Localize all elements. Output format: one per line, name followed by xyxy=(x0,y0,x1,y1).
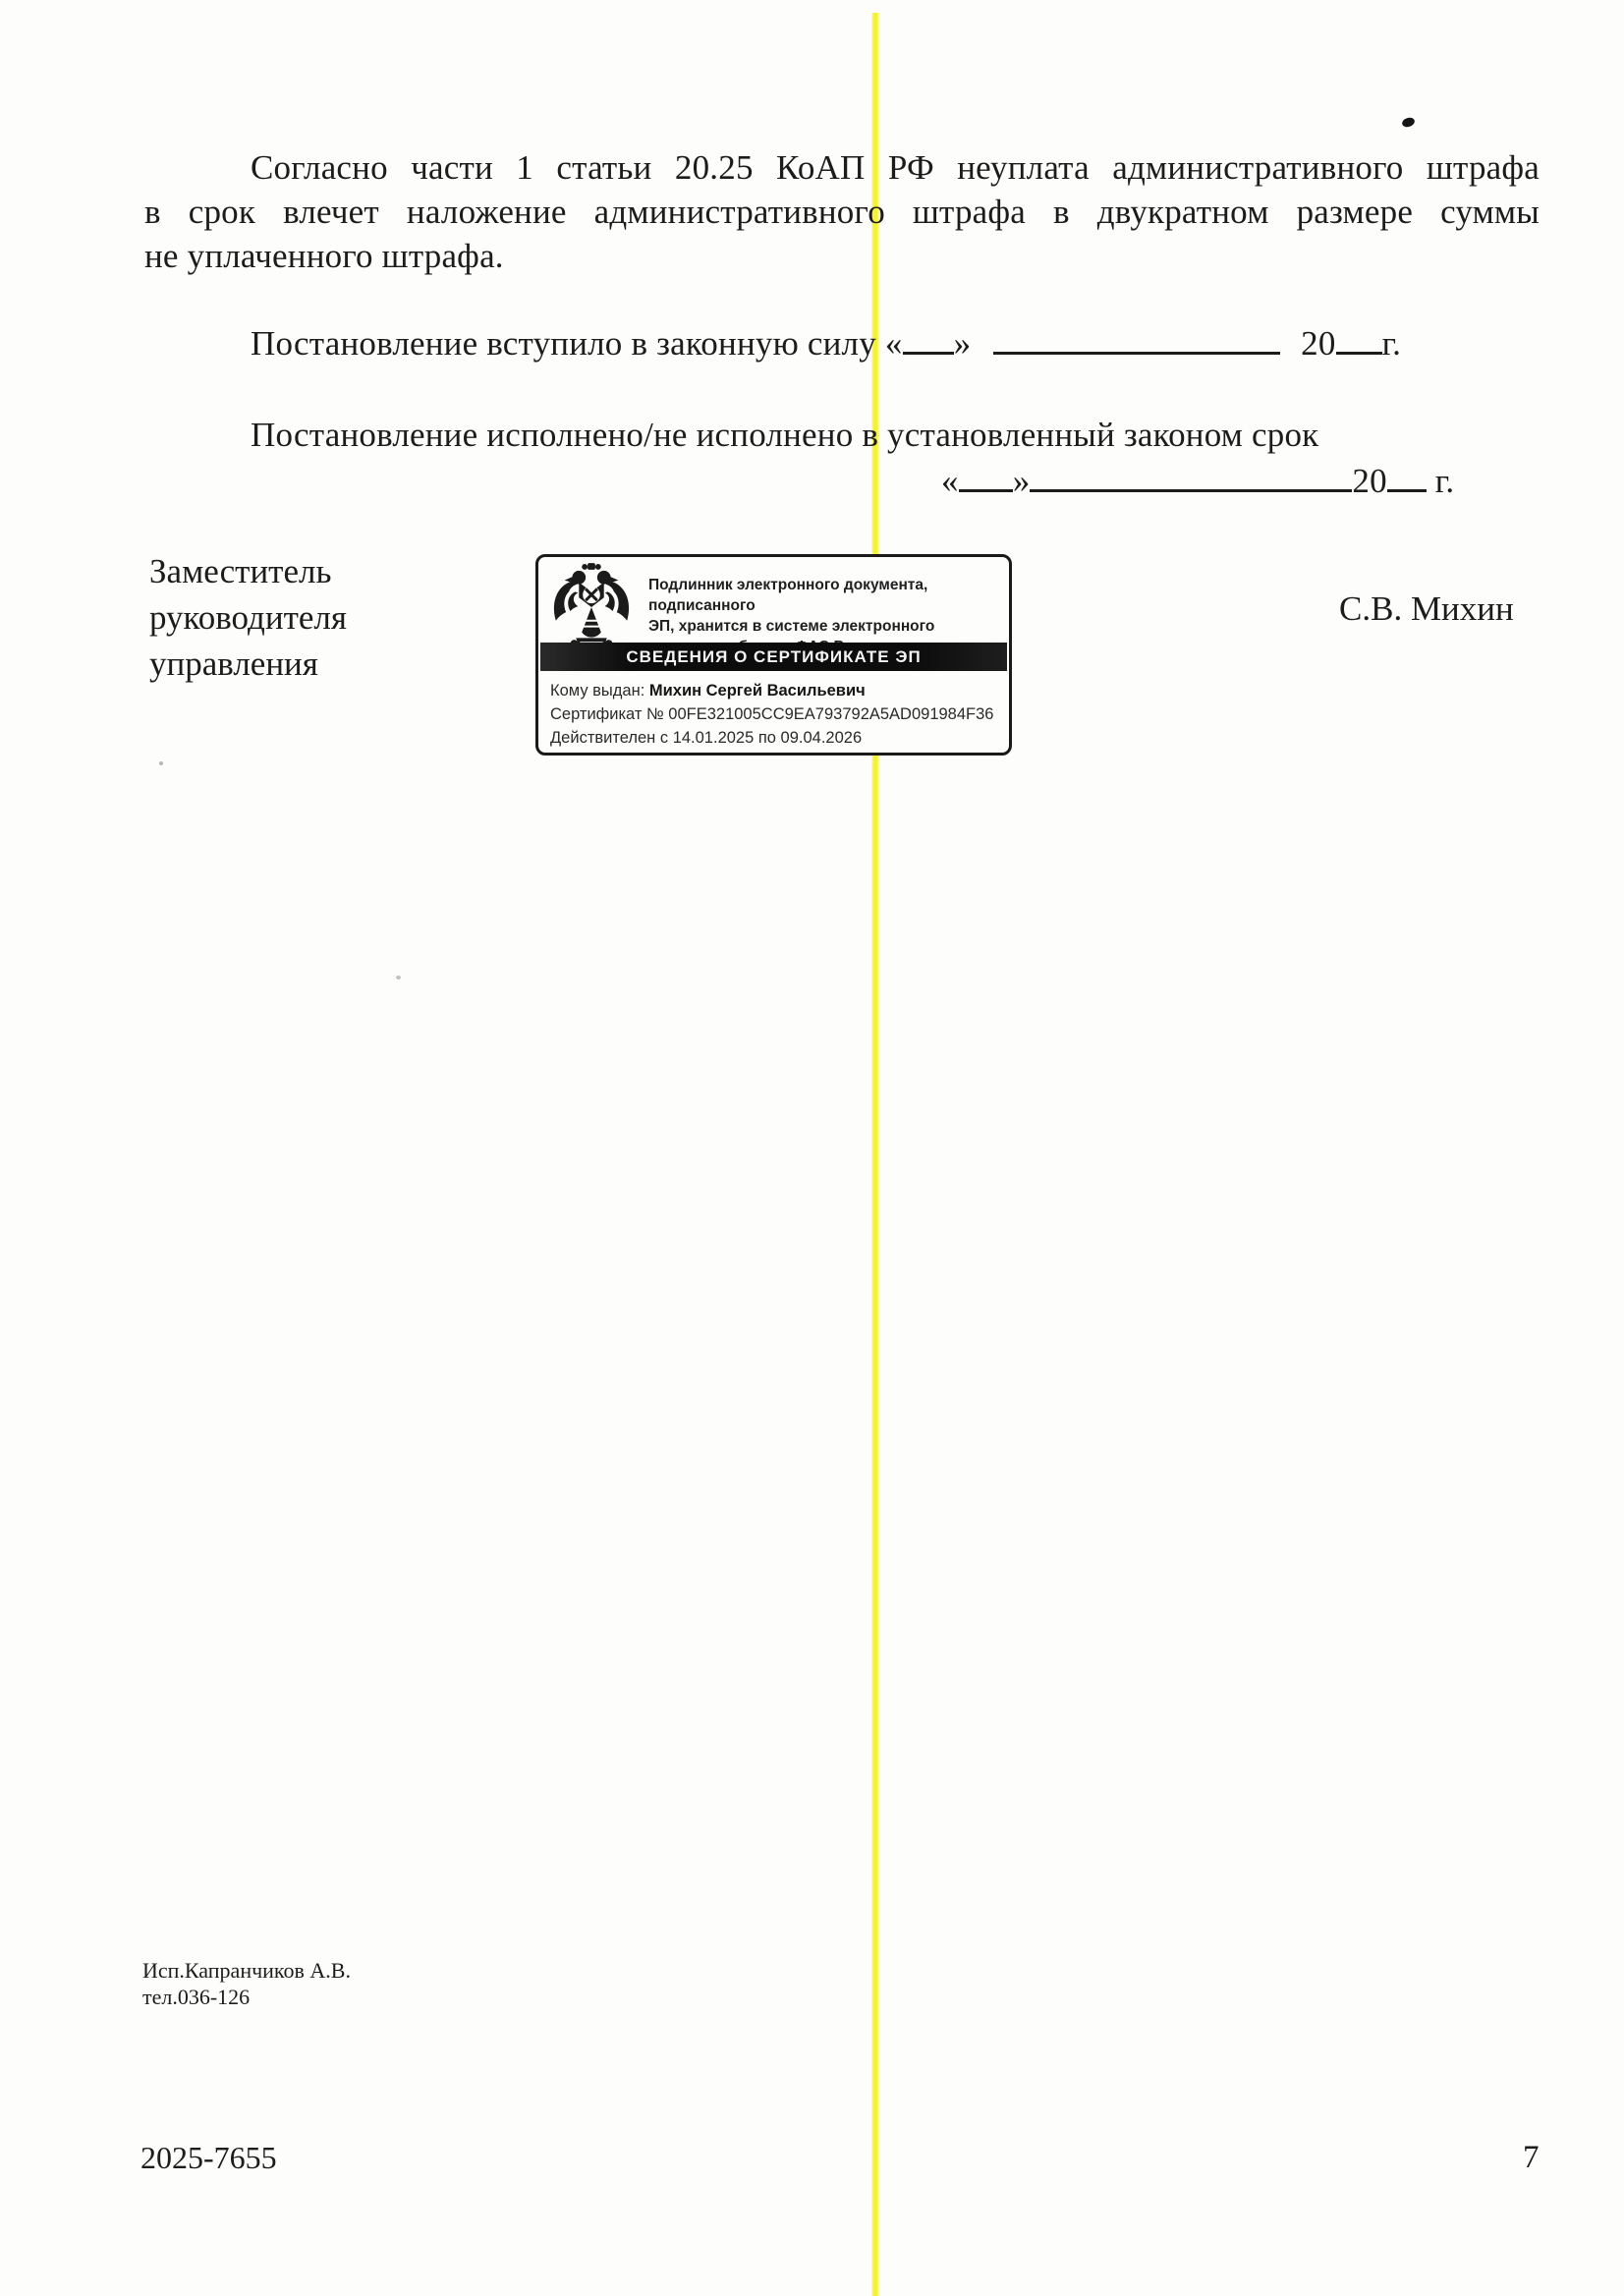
year-prefix: 20 xyxy=(1352,462,1386,500)
blank-month-field xyxy=(993,320,1280,355)
paragraph-line: в срок влечет наложение административног… xyxy=(144,190,1540,234)
scanned-document-page: Согласно части 1 статьи 20.25 КоАП РФ не… xyxy=(0,0,1624,2296)
document-number: 2025-7655 xyxy=(140,2140,277,2176)
fas-russia-eagle-icon xyxy=(548,563,635,655)
signer-name: С.В. Михин xyxy=(1339,589,1514,629)
stamp-header-line: Подлинник электронного документа, подпис… xyxy=(648,575,1002,616)
year-suffix: г. xyxy=(1382,324,1402,363)
executed-line: Постановление исполнено/не исполнено в у… xyxy=(251,413,1318,457)
paragraph-line: не уплаченного штрафа. xyxy=(144,234,1540,278)
blank-year-field xyxy=(1336,320,1382,355)
year-prefix: 20 xyxy=(1301,324,1335,363)
blank-month-field xyxy=(1030,458,1352,492)
paragraph-line: Согласно части 1 статьи 20.25 КоАП РФ не… xyxy=(144,145,1540,190)
electronic-signature-stamp: Подлинник электронного документа, подпис… xyxy=(535,554,1012,756)
blank-year-field xyxy=(1387,458,1427,492)
ink-speck xyxy=(396,976,401,980)
signer-title-line: Заместитель xyxy=(149,548,347,594)
executor-block: Исп.Капранчиков А.В. тел.036-126 xyxy=(142,1957,351,2010)
executor-phone: тел.036-126 xyxy=(142,1984,351,2010)
executor-name: Исп.Капранчиков А.В. xyxy=(142,1957,351,1984)
ink-speck xyxy=(159,761,163,765)
quote-close: » xyxy=(1013,462,1031,500)
quote-close: » xyxy=(954,324,972,363)
stamp-issued-to-line: Кому выдан: Михин Сергей Васильевич xyxy=(550,681,866,700)
ink-speck xyxy=(1401,116,1416,129)
year-suffix: г. xyxy=(1435,462,1455,500)
stamp-certificate-line: Сертификат № 00FE321005CC9EA793792A5AD09… xyxy=(550,704,993,724)
page-number: 7 xyxy=(1523,2140,1540,2176)
came-into-force-text: Постановление вступило в законную силу xyxy=(251,324,876,363)
quote-open: « xyxy=(885,324,903,363)
blank-day-field xyxy=(903,320,954,355)
stamp-validity-line: Действителен с 14.01.2025 по 09.04.2026 xyxy=(550,728,862,748)
stamp-banner: СВЕДЕНИЯ О СЕРТИФИКАТЕ ЭП xyxy=(540,643,1007,671)
blank-day-field xyxy=(959,458,1013,492)
executed-text: Постановление исполнено/не исполнено в у… xyxy=(251,416,1318,454)
signer-title-line: руководителя xyxy=(149,594,347,641)
issued-to-name: Михин Сергей Васильевич xyxy=(649,682,866,700)
quote-open: « xyxy=(941,462,959,500)
executed-date-line: «»20 г. xyxy=(941,458,1454,503)
issued-to-label: Кому выдан: xyxy=(550,682,644,700)
came-into-force-line: Постановление вступило в законную силу «… xyxy=(251,320,1401,365)
signer-title: Заместитель руководителя управления xyxy=(149,548,347,687)
signer-title-line: управления xyxy=(149,641,347,687)
stamp-header-line: ЭП, хранится в системе электронного xyxy=(648,616,1002,637)
